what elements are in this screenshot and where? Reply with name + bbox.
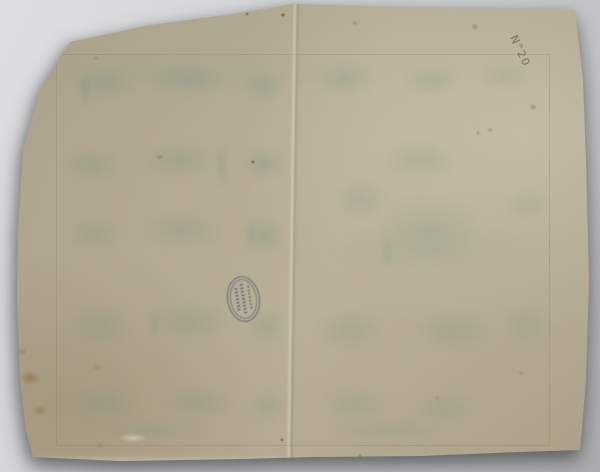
paper-shadow: N°20 (0, 0, 600, 472)
paper-sheet: N°20 (0, 0, 600, 472)
oval-ink-stamp-icon (224, 274, 264, 325)
photo-backdrop: N°20 (0, 0, 600, 472)
foxing-spots (0, 0, 600, 472)
paper-edge-highlight (30, 458, 580, 463)
